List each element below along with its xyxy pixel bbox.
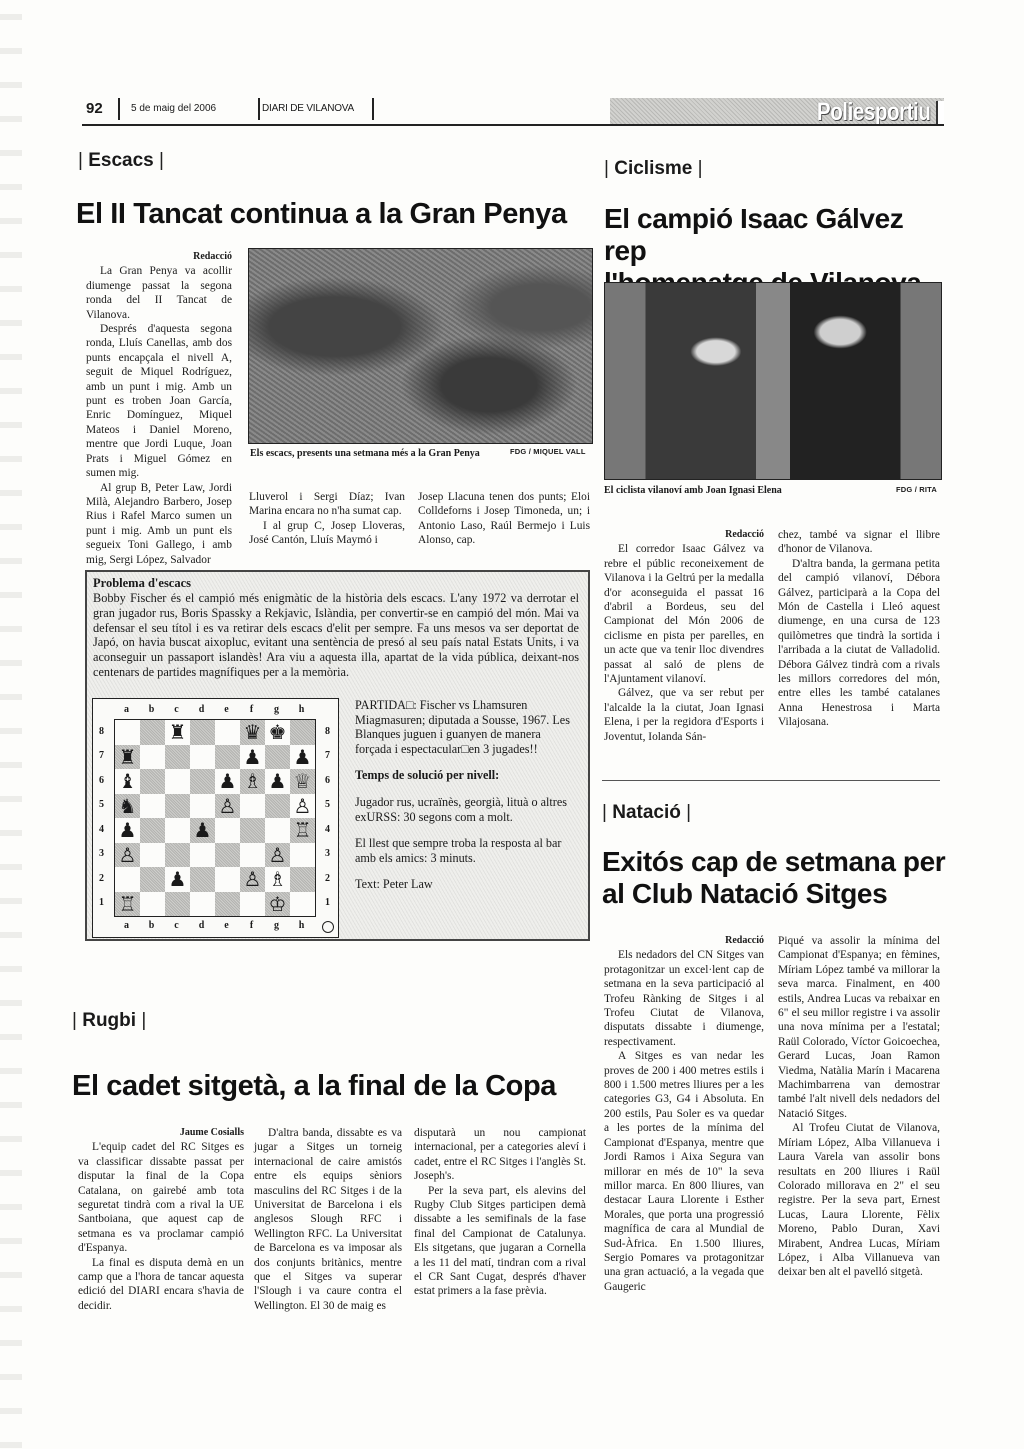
square-g2: ♗	[265, 867, 290, 892]
chess-diagram: abcdefgh 87654321 ♜♛♚♜♟♟♝♟♗♟♕♞♙♙♟♟♖♙♙♟♙♗…	[92, 698, 339, 938]
square-h8	[290, 720, 315, 745]
divider	[118, 98, 120, 120]
black-king-icon: ♚	[269, 722, 287, 742]
rank-label: 6	[325, 768, 330, 793]
black-bishop-icon: ♝	[119, 771, 137, 791]
square-c3	[165, 843, 190, 868]
white-bishop-icon: ♗	[244, 771, 262, 791]
square-f7: ♟	[240, 745, 265, 770]
file-label: g	[264, 920, 289, 931]
swimming-col-2: Piqué va assolir la mínima del Campionat…	[778, 934, 940, 1280]
square-g8: ♚	[265, 720, 290, 745]
square-h4: ♖	[290, 818, 315, 843]
file-label: h	[289, 704, 314, 715]
file-label: c	[164, 704, 189, 715]
section-banner: Poliesportiu	[610, 98, 944, 126]
square-f2: ♙	[240, 867, 265, 892]
rank-label: 4	[99, 817, 104, 842]
black-rook-icon: ♜	[119, 747, 137, 767]
black-pawn-icon: ♟	[119, 820, 137, 840]
square-c6	[165, 769, 190, 794]
header-rule	[82, 124, 944, 126]
black-pawn-icon: ♟	[244, 747, 262, 767]
rank-label: 6	[99, 768, 104, 793]
square-c5	[165, 794, 190, 819]
square-e8	[215, 720, 240, 745]
square-g6: ♟	[265, 769, 290, 794]
square-h3	[290, 843, 315, 868]
page-number: 92	[86, 100, 103, 117]
square-b6	[140, 769, 165, 794]
black-pawn-icon: ♟	[219, 771, 237, 791]
cycling-col-1: Redacció El corredor Isaac Gálvez va reb…	[604, 528, 764, 744]
square-c4	[165, 818, 190, 843]
section-title: Poliesportiu	[816, 98, 930, 127]
square-b7	[140, 745, 165, 770]
chess-col-1: Redacció La Gran Penya va acollir diumen…	[86, 250, 232, 567]
file-label: g	[264, 704, 289, 715]
square-b5	[140, 794, 165, 819]
square-b8	[140, 720, 165, 745]
square-f3	[240, 843, 265, 868]
chess-col-3: Josep Llacuna tenen dos punts; Eloi Coll…	[418, 490, 590, 548]
square-d7	[190, 745, 215, 770]
square-a3: ♙	[115, 843, 140, 868]
cyclist-handshake-photo	[604, 282, 942, 480]
square-a5: ♞	[115, 794, 140, 819]
page-header: 92 5 de maig del 2006 DIARI DE VILANOVA …	[82, 98, 944, 128]
square-e7	[215, 745, 240, 770]
rank-label: 7	[99, 744, 104, 769]
file-label: h	[289, 920, 314, 931]
rank-label: 5	[99, 793, 104, 818]
square-g1: ♔	[265, 892, 290, 917]
section-tag-ciclisme: | Ciclisme |	[604, 158, 703, 180]
photo-credit: FDG / MIQUEL VALL	[510, 447, 586, 456]
rank-label: 4	[325, 817, 330, 842]
divider	[602, 780, 940, 781]
square-a2	[115, 867, 140, 892]
square-e3	[215, 843, 240, 868]
square-g3: ♙	[265, 843, 290, 868]
square-d4: ♟	[190, 818, 215, 843]
file-label: f	[239, 704, 264, 715]
chess-problem-title: Problema d'escacs	[93, 576, 191, 591]
file-label: e	[214, 704, 239, 715]
rank-labels-right: 87654321	[325, 719, 330, 915]
square-e5: ♙	[215, 794, 240, 819]
chess-players-photo	[248, 248, 593, 444]
square-e6: ♟	[215, 769, 240, 794]
section-tag-natacio: | Natació |	[602, 802, 691, 824]
black-rook-icon: ♜	[169, 722, 187, 742]
square-e1	[215, 892, 240, 917]
file-label: a	[114, 704, 139, 715]
file-label: a	[114, 920, 139, 931]
author: Text: Peter Law	[355, 877, 580, 892]
black-pawn-icon: ♟	[169, 869, 187, 889]
square-h6: ♕	[290, 769, 315, 794]
rank-labels-left: 87654321	[99, 719, 104, 915]
file-label: d	[189, 920, 214, 931]
rank-label: 2	[99, 866, 104, 891]
photo-caption: Els escacs, presents una setmana més a l…	[250, 448, 480, 459]
photo-caption: El ciclista vilanoví amb Joan Ignasi Ele…	[604, 485, 782, 496]
white-pawn-icon: ♙	[219, 796, 237, 816]
square-d5	[190, 794, 215, 819]
square-e2	[215, 867, 240, 892]
square-f6: ♗	[240, 769, 265, 794]
byline: Redacció	[604, 528, 764, 542]
square-c8: ♜	[165, 720, 190, 745]
rugby-headline: El cadet sitgetà, a la final de la Copa	[72, 1070, 556, 1102]
square-a4: ♟	[115, 818, 140, 843]
square-c1	[165, 892, 190, 917]
rank-label: 1	[99, 891, 104, 916]
file-label: b	[139, 920, 164, 931]
square-h7: ♟	[290, 745, 315, 770]
file-label: f	[239, 920, 264, 931]
rank-label: 8	[325, 719, 330, 744]
file-label: c	[164, 920, 189, 931]
issue-date: 5 de maig del 2006	[131, 103, 216, 114]
byline: Redacció	[604, 934, 764, 948]
chess-problem-box: Problema d'escacs Bobby Fischer és el ca…	[85, 570, 590, 941]
square-h2	[290, 867, 315, 892]
square-g4	[265, 818, 290, 843]
square-b2	[140, 867, 165, 892]
black-pawn-icon: ♟	[194, 820, 212, 840]
square-d8	[190, 720, 215, 745]
square-f1	[240, 892, 265, 917]
white-pawn-icon: ♙	[244, 869, 262, 889]
publication-name: DIARI DE VILANOVA	[262, 103, 354, 114]
square-g5	[265, 794, 290, 819]
chess-problem-intro: Bobby Fischer és el campió més enigmàtic…	[93, 591, 579, 680]
square-b3	[140, 843, 165, 868]
white-rook-icon: ♖	[294, 820, 312, 840]
file-label: e	[214, 920, 239, 931]
white-pawn-icon: ♙	[119, 845, 137, 865]
rank-label: 3	[325, 842, 330, 867]
white-queen-icon: ♕	[294, 771, 312, 791]
square-e4	[215, 818, 240, 843]
square-a1: ♖	[115, 892, 140, 917]
rank-label: 7	[325, 744, 330, 769]
chess-headline: El II Tancat continua a la Gran Penya	[76, 198, 567, 230]
square-h5: ♙	[290, 794, 315, 819]
chess-board: ♜♛♚♜♟♟♝♟♗♟♕♞♙♙♟♟♖♙♙♟♙♗♖♔	[114, 719, 316, 917]
byline: Redacció	[86, 250, 232, 264]
square-b1	[140, 892, 165, 917]
cycling-col-2: chez, també va signar el llibre d'honor …	[778, 528, 940, 730]
white-pawn-icon: ♙	[294, 796, 312, 816]
black-queen-icon: ♛	[244, 722, 262, 742]
square-c7	[165, 745, 190, 770]
square-g7	[265, 745, 290, 770]
swimming-col-1: Redacció Els nedadors del CN Sitges van …	[604, 934, 764, 1294]
rank-label: 2	[325, 866, 330, 891]
swimming-headline: Exitós cap de setmana per al Club Nataci…	[602, 846, 947, 910]
square-d3	[190, 843, 215, 868]
square-b4	[140, 818, 165, 843]
file-label: d	[189, 704, 214, 715]
section-tag-escacs: | Escacs |	[78, 150, 164, 172]
file-labels-bottom: abcdefgh	[114, 920, 314, 931]
rugby-col-1: Jaume Cosialls L'equip cadet del RC Sitg…	[78, 1126, 244, 1313]
level-2: El llest que sempre troba la resposta al…	[355, 836, 580, 865]
square-a8	[115, 720, 140, 745]
white-rook-icon: ♖	[119, 894, 137, 914]
rugby-col-2: D'altra banda, dissabte es va jugar a Si…	[254, 1126, 402, 1313]
black-pawn-icon: ♟	[294, 747, 312, 767]
binder-holes	[0, 0, 22, 1449]
square-h1	[290, 892, 315, 917]
photo-credit: FDG / RITA	[896, 485, 937, 494]
square-d2	[190, 867, 215, 892]
levels-title: Temps de solució per nivell:	[355, 768, 580, 783]
square-f5	[240, 794, 265, 819]
square-d1	[190, 892, 215, 917]
file-label: b	[139, 704, 164, 715]
rank-label: 1	[325, 891, 330, 916]
file-labels-top: abcdefgh	[114, 704, 314, 715]
rugby-col-3: disputarà un nou campionat internacional…	[414, 1126, 586, 1299]
chess-col-2: Lluverol i Sergi Díaz; Ivan Marina encar…	[249, 490, 405, 548]
rank-label: 3	[99, 842, 104, 867]
banner-end-mark	[936, 101, 944, 125]
section-tag-rugbi: | Rugbi |	[72, 1010, 146, 1032]
square-f4	[240, 818, 265, 843]
level-1: Jugador rus, ucraïnès, georgià, lituà o …	[355, 795, 580, 824]
white-king-icon: ♔	[269, 894, 287, 914]
white-pawn-icon: ♙	[269, 845, 287, 865]
byline: Jaume Cosialls	[78, 1126, 244, 1140]
divider	[372, 98, 374, 120]
chess-problem-details: PARTIDA□: Fischer vs Lhamsuren Miagmasur…	[355, 698, 580, 904]
black-knight-icon: ♞	[119, 796, 137, 816]
square-f8: ♛	[240, 720, 265, 745]
black-pawn-icon: ♟	[269, 771, 287, 791]
square-a6: ♝	[115, 769, 140, 794]
rank-label: 8	[99, 719, 104, 744]
square-d6	[190, 769, 215, 794]
white-to-move-icon	[322, 921, 334, 933]
rank-label: 5	[325, 793, 330, 818]
game-info: PARTIDA□: Fischer vs Lhamsuren Miagmasur…	[355, 698, 580, 756]
divider	[258, 98, 260, 120]
square-a7: ♜	[115, 745, 140, 770]
white-bishop-icon: ♗	[269, 869, 287, 889]
square-c2: ♟	[165, 867, 190, 892]
